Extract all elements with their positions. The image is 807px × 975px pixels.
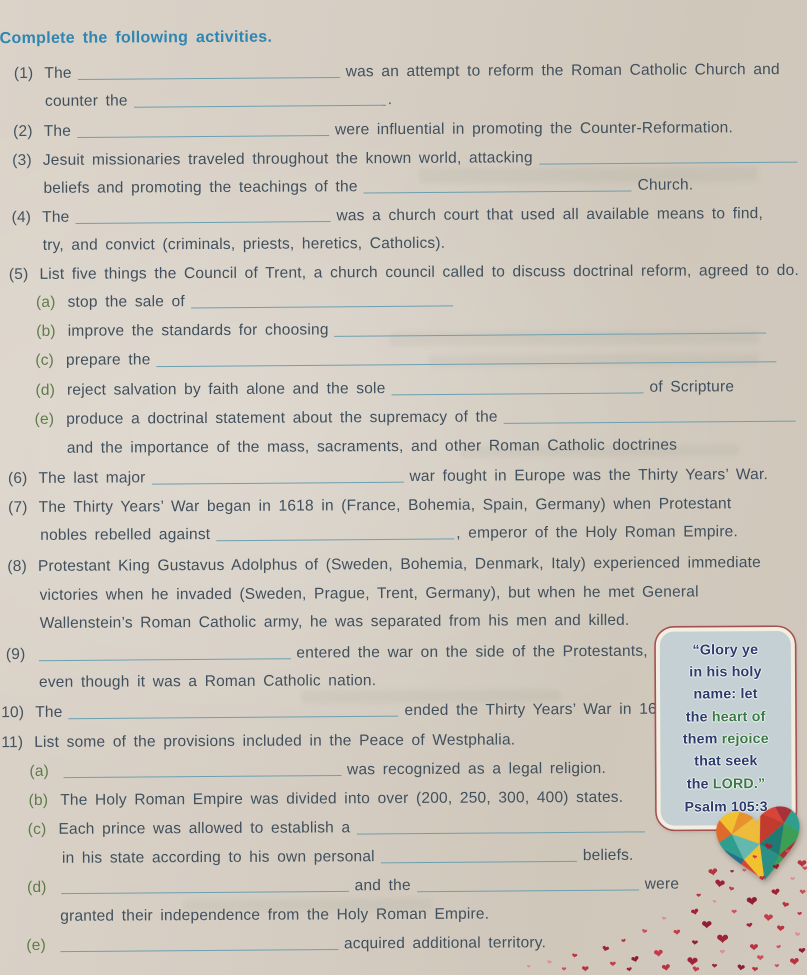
item-5-number: (5) xyxy=(9,265,29,285)
item-3-l2-post: Church. xyxy=(638,176,694,193)
item-8-line-1: (8)Protestant King Gustavus Adolphus of … xyxy=(7,553,761,577)
heart-icon: ❤ xyxy=(600,945,610,956)
quote-line: the heart of xyxy=(686,706,766,729)
heart-icon: ❤ xyxy=(686,955,699,970)
item-5c-text: prepare the xyxy=(66,351,151,368)
heart-icon: ❤ xyxy=(776,945,782,952)
item-4-text-pre: The xyxy=(42,209,69,226)
item-5b-text: improve the standards for choosing xyxy=(68,321,329,339)
quote-word: the xyxy=(687,776,713,792)
item-6-blank-1[interactable] xyxy=(151,469,403,485)
item-11c-line-2: in his state according to his own person… xyxy=(62,846,634,869)
heart-icon: ❤ xyxy=(736,964,746,975)
item-6-text-post: war fought in Europe was the Thirty Year… xyxy=(409,466,768,485)
item-1-line-2: counter the. xyxy=(45,90,392,112)
item-6-line-1: (6)The last majorwar fought in Europe wa… xyxy=(8,465,768,489)
item-5c-blank[interactable] xyxy=(156,348,776,367)
item-8-number: (8) xyxy=(7,557,27,577)
heart-icon: ❤ xyxy=(641,928,648,936)
quote-line: “Glory ye xyxy=(692,639,758,662)
item-9-line-2: even though it was a Roman Catholic nati… xyxy=(39,671,376,693)
quote-word-green: heart of xyxy=(712,709,766,725)
heart-icon: ❤ xyxy=(751,966,758,975)
item-3-blank-1[interactable] xyxy=(539,149,797,165)
item-11b-letter: (b) xyxy=(29,791,49,811)
item-4-l2-text: try, and convict (criminals, priests, he… xyxy=(43,235,446,254)
item-5d-line: (d)reject salvation by faith alone and t… xyxy=(35,377,734,401)
item-9-line-1: (9)entered the war on the side of the Pr… xyxy=(6,642,648,665)
heart-icon: ❤ xyxy=(746,922,754,931)
item-2-text-post: were influential in promoting the Counte… xyxy=(335,119,733,138)
heart-icon: ❤ xyxy=(797,912,803,918)
heart-icon: ❤ xyxy=(653,947,664,960)
quote-line: that seek xyxy=(694,750,757,773)
item-1-l2-period: . xyxy=(388,91,393,108)
item-11a-line: (a)was recognized as a legal religion. xyxy=(29,759,606,782)
item-11-line-1: 11)List some of the provisions included … xyxy=(1,730,515,753)
item-5e-letter: (e) xyxy=(35,410,55,430)
item-7-number: (7) xyxy=(8,498,28,518)
item-5c-line: (c)prepare the xyxy=(35,347,782,371)
item-4-text-post: was a church court that used all availab… xyxy=(336,205,763,224)
heart-icon: ❤ xyxy=(711,963,717,970)
heart-icon: ❤ xyxy=(746,895,759,910)
item-3-line-2: beliefs and promoting the teachings of t… xyxy=(43,175,693,198)
item-1-blank-1[interactable] xyxy=(78,64,340,80)
item-8-text-l2: victories when he invaded (Sweden, Pragu… xyxy=(40,583,699,603)
heart-icon: ❤ xyxy=(691,966,701,975)
heart-icon: ❤ xyxy=(756,955,764,964)
item-11c-l2-text: in his state according to his own person… xyxy=(62,848,375,867)
item-11d-blank-2[interactable] xyxy=(417,876,639,892)
item-5b-line: (b)improve the standards for choosing xyxy=(36,318,773,342)
item-1-blank-2[interactable] xyxy=(134,92,386,108)
item-11c-letter: (c) xyxy=(28,820,47,840)
item-5e-line-2: and the importance of the mass, sacramen… xyxy=(67,436,677,459)
item-11c-l2-post: beliefs. xyxy=(583,847,634,864)
quote-line: in his holy xyxy=(689,661,761,684)
item-5a-line: (a)stop the sale of xyxy=(36,291,459,313)
item-5e-l2-text: and the importance of the mass, sacramen… xyxy=(67,437,677,457)
item-3-l2-text: beliefs and promoting the teachings of t… xyxy=(43,178,357,197)
quote-line: them rejoice xyxy=(683,728,769,751)
heart-icon: ❤ xyxy=(626,966,633,974)
item-9-blank-1[interactable] xyxy=(38,645,290,661)
heart-icon: ❤ xyxy=(712,900,717,906)
polygon-heart-icon xyxy=(705,798,807,890)
item-7-line-1: (7)The Thirty Years’ War began in 1618 i… xyxy=(8,494,731,518)
item-1-number: (1) xyxy=(14,64,34,84)
item-5e-text-pre: produce a doctrinal statement about the … xyxy=(66,409,498,428)
item-4-blank-1[interactable] xyxy=(75,208,330,224)
item-3-text-l1: Jesuit missionaries traveled throughout … xyxy=(43,149,533,169)
item-5a-text: stop the sale of xyxy=(68,293,185,311)
item-8-text-l1: Protestant King Gustavus Adolphus of (Sw… xyxy=(38,554,761,575)
item-11e-letter: (e) xyxy=(26,936,46,956)
heart-icon: ❤ xyxy=(774,964,780,970)
item-11d-line-2: granted their independence from the Holy… xyxy=(60,905,489,927)
item-11a-text: was recognized as a legal religion. xyxy=(347,760,606,778)
item-7-blank-1[interactable] xyxy=(216,525,454,541)
item-10-line-1: 10)Theended the Thirty Years’ War in 164… xyxy=(1,700,679,724)
heart-icon: ❤ xyxy=(799,889,806,898)
item-8-line-3: Wallenstein’s Roman Catholic army, he wa… xyxy=(40,611,630,634)
item-10-text-pre: The xyxy=(35,704,62,721)
item-11-number: 11) xyxy=(1,733,23,753)
item-11d-letter: (d) xyxy=(27,878,47,898)
item-3-number: (3) xyxy=(12,151,32,171)
scripture-quote-box: “Glory ye in his holy name: let the hear… xyxy=(656,627,796,830)
heart-icon: ❤ xyxy=(661,962,672,974)
item-5e-blank[interactable] xyxy=(504,408,796,424)
heart-icon: ❤ xyxy=(794,931,801,939)
heart-icon: ❤ xyxy=(661,916,667,923)
item-4-number: (4) xyxy=(12,208,32,228)
heart-icon: ❤ xyxy=(719,949,725,956)
item-9-number: (9) xyxy=(6,645,26,665)
heart-icon: ❤ xyxy=(562,967,567,973)
item-11e-blank[interactable] xyxy=(60,936,338,952)
item-4-line-2: try, and convict (criminals, priests, he… xyxy=(43,234,446,256)
heart-icon: ❤ xyxy=(789,956,800,969)
heart-icon: ❤ xyxy=(690,908,701,920)
heart-icon: ❤ xyxy=(696,893,701,899)
heart-icon: ❤ xyxy=(609,961,616,969)
item-11-text: List some of the provisions included in … xyxy=(34,731,515,751)
item-7-l2-post: , emperor of the Holy Roman Empire. xyxy=(456,523,738,541)
item-4-line-1: (4)Thewas a church court that used all a… xyxy=(12,204,763,228)
item-10-number: 10) xyxy=(1,703,24,723)
item-1-line-1: (1)Thewas an attempt to reform the Roman… xyxy=(14,60,780,84)
item-7-l2-text: nobles rebelled against xyxy=(40,526,210,544)
heart-icon: ❤ xyxy=(716,932,729,947)
item-11e-line: (e)acquired additional territory. xyxy=(26,933,546,956)
heart-icon: ❤ xyxy=(798,948,806,958)
item-2-line-1: (2)Thewere influential in promoting the … xyxy=(13,118,733,142)
item-5d-blank[interactable] xyxy=(391,379,643,395)
item-2-blank-1[interactable] xyxy=(77,122,329,138)
item-11d-l2-text: granted their independence from the Holy… xyxy=(60,906,489,925)
item-5b-letter: (b) xyxy=(36,322,56,342)
item-11c-blank-1[interactable] xyxy=(356,818,644,834)
item-10-blank-1[interactable] xyxy=(68,703,398,720)
item-1-text-post: was an attempt to reform the Roman Catho… xyxy=(346,61,780,80)
heart-icon: ❤ xyxy=(749,942,758,953)
item-5d-letter: (d) xyxy=(35,381,55,401)
item-11c-text-pre: Each prince was allowed to establish a xyxy=(58,819,350,838)
heart-icon: ❤ xyxy=(776,925,785,936)
item-1-l2-text: counter the xyxy=(45,92,128,109)
item-11d-text-mid: and the xyxy=(355,877,411,894)
heart-icon: ❤ xyxy=(763,912,774,925)
quote-word-green: LORD.” xyxy=(713,776,766,792)
item-10-text-post: ended the Thirty Years’ War in 1648. xyxy=(404,701,679,719)
item-8-line-2: victories when he invaded (Sweden, Pragu… xyxy=(40,582,699,605)
item-11a-blank[interactable] xyxy=(63,762,341,778)
heart-icon: ❤ xyxy=(731,909,737,916)
quote-word: them xyxy=(683,731,722,747)
heart-icon: ❤ xyxy=(571,953,578,961)
item-11d-text-post: were xyxy=(645,876,679,893)
item-6-text-pre: The last major xyxy=(38,469,145,487)
heart-icon: ❤ xyxy=(526,965,531,970)
item-1-text-pre: The xyxy=(44,65,71,82)
item-5d-text-post: of Scripture xyxy=(649,378,734,395)
item-11d-blank-1[interactable] xyxy=(61,878,349,894)
quote-word-green: rejoice xyxy=(722,731,769,747)
item-5-text: List five things the Council of Trent, a… xyxy=(39,262,799,283)
item-8-text-l3: Wallenstein’s Roman Catholic army, he wa… xyxy=(40,612,630,632)
quote-word: the xyxy=(686,709,712,725)
item-11e-text: acquired additional territory. xyxy=(344,934,546,952)
item-5b-blank[interactable] xyxy=(335,320,767,337)
item-7-text-l1: The Thirty Years’ War began in 1618 in (… xyxy=(39,495,732,516)
item-11b-line: (b)The Holy Roman Empire was divided int… xyxy=(29,788,624,811)
item-9-text-post: entered the war on the side of the Prote… xyxy=(296,643,647,662)
item-2-number: (2) xyxy=(13,122,33,142)
item-5-line-1: (5)List five things the Council of Trent… xyxy=(9,261,799,285)
item-11a-letter: (a) xyxy=(29,762,49,782)
item-3-blank-2[interactable] xyxy=(364,177,632,193)
item-2-text-pre: The xyxy=(44,123,71,140)
heart-icon: ❤ xyxy=(630,955,641,967)
item-7-line-2: nobles rebelled against, emperor of the … xyxy=(40,522,738,546)
item-11b-text: The Holy Roman Empire was divided into o… xyxy=(60,789,623,809)
heart-icon: ❤ xyxy=(770,886,781,898)
scattered-hearts-decoration: ❤❤❤❤❤❤❤❤❤❤❤❤❤❤❤❤❤❤❤❤❤❤❤❤❤❤❤❤❤❤❤❤❤❤❤❤❤❤❤❤… xyxy=(0,0,804,2)
item-5d-text-pre: reject salvation by faith alone and the … xyxy=(67,380,386,399)
heart-icon: ❤ xyxy=(546,960,552,967)
quote-line: the LORD.” xyxy=(687,773,766,796)
item-5a-blank[interactable] xyxy=(191,292,453,308)
item-11d-line-1: (d)and thewere xyxy=(27,875,679,898)
page-title: Complete the following activities. xyxy=(0,28,272,49)
worksheet-page: Complete the following activities. (1)Th… xyxy=(0,0,807,975)
item-9-l2-text: even though it was a Roman Catholic nati… xyxy=(39,672,376,691)
heart-icon: ❤ xyxy=(701,919,712,932)
item-11c-blank-2[interactable] xyxy=(381,848,577,864)
item-5e-line-1: (e)produce a doctrinal statement about t… xyxy=(35,406,802,430)
item-6-number: (6) xyxy=(8,469,28,489)
heart-icon: ❤ xyxy=(582,966,590,975)
heart-icon: ❤ xyxy=(780,901,790,912)
heart-icon: ❤ xyxy=(691,939,698,948)
heart-icon: ❤ xyxy=(621,938,627,945)
heart-icon: ❤ xyxy=(673,929,681,939)
item-5c-letter: (c) xyxy=(35,351,54,371)
item-5a-letter: (a) xyxy=(36,293,56,313)
quote-line: name: let xyxy=(693,684,757,707)
item-11c-line-1: (c)Each prince was allowed to establish … xyxy=(28,817,651,840)
item-3-line-1: (3)Jesuit missionaries traveled througho… xyxy=(12,147,803,171)
